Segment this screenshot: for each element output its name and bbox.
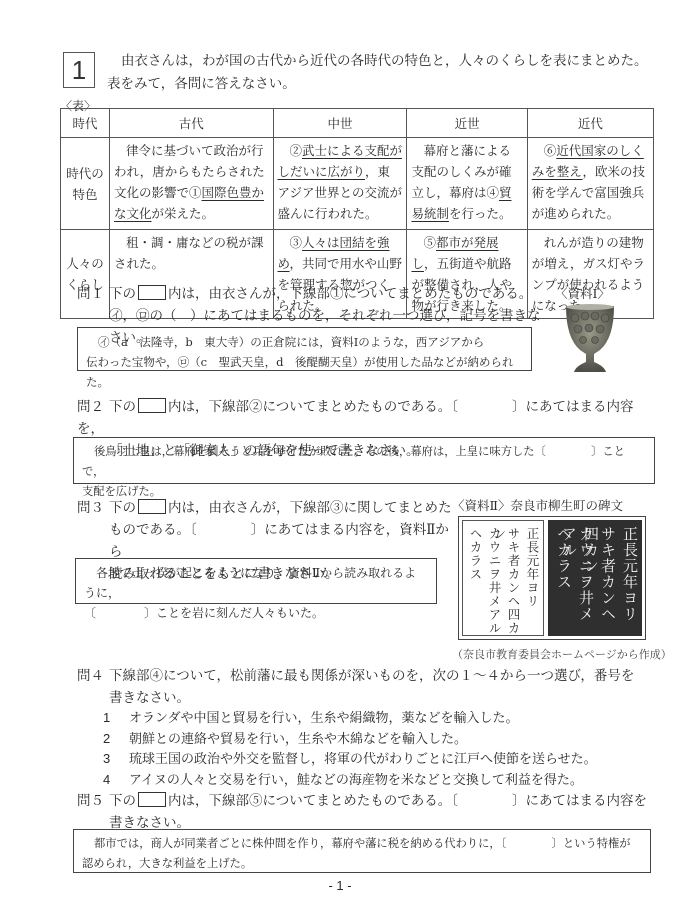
header-ancient: 古代: [110, 109, 274, 138]
intro-line-1: 由衣さんは，わが国の古代から近代の各時代の特色と，人々のくらしを表にまとめた。: [107, 50, 667, 73]
q5-summary-box: 都市では，商人が同業者ごとに株仲間を作り，幕府や藩に税を納める代わりに，〔 〕と…: [73, 829, 651, 873]
cell-medieval-characteristics: ②武士による支配がしだいに広がり，東アジア世界との交流が盛んに行われた。: [273, 138, 407, 230]
inscription-figure: 正長元年ヨリ サキ者カンヘ四カン カウニヲ井メアル ヘカラス 正長元年ヨリ サキ…: [458, 516, 646, 640]
row-header-characteristics: 時代の特色: [61, 138, 110, 230]
header-era: 時代: [61, 109, 110, 138]
box-symbol: [138, 398, 166, 413]
box-symbol: [138, 792, 166, 807]
intro-line-2: 表をみて，各問に答えなさい。: [107, 73, 667, 96]
source-note: （奈良市教育委員会ホームページから作成）: [452, 646, 672, 662]
document-2-label: 〈資料Ⅱ〉奈良市柳生町の碑文: [452, 496, 623, 514]
q1-summary-box: ㋑（a 法隆寺，b 東大寺）の正倉院には，資料Ⅰのような，西アジアから 伝わった…: [77, 327, 532, 371]
box-symbol: [138, 499, 166, 514]
q4-choices: 1オランダや中国と貿易を行い，生糸や絹織物，薬などを輸入した。 2朝鮮との連絡や…: [103, 708, 597, 790]
question-5: 問５下の内は，下線部⑤についてまとめたものである。〔 〕にあてはまる内容を 書き…: [77, 790, 657, 834]
header-medieval: 中世: [273, 109, 407, 138]
table-header-row: 時代 古代 中世 近世 近代: [61, 109, 654, 138]
choice-4: 4アイヌの人々と交易を行い，鮭などの海産物を米などと交換して利益を得た。: [103, 770, 597, 791]
q2-label: 問２: [77, 396, 109, 418]
table-row-characteristics: 時代の特色 律令に基づいて政治が行われ，唐からもたらされた文化の影響で①国際色豊…: [61, 138, 654, 230]
choice-3: 3琉球王国の政治や外交を監督し，将軍の代がわりごとに江戸へ使節を送らせた。: [103, 749, 597, 770]
question-4: 問４下線部④について，松前藩に最も関係が深いものを，次の１～４から一つ選び，番号…: [77, 665, 657, 709]
glass-cup-image: [560, 300, 620, 378]
q2-summary-box: 後鳥羽上皇は，幕府を倒そうと兵を挙げたが敗れた。その後，幕府は，上皇に味方した〔…: [73, 437, 655, 484]
cell-ancient-characteristics: 律令に基づいて政治が行われ，唐からもたらされた文化の影響で①国際色豊かな文化が栄…: [110, 138, 274, 230]
choice-1: 1オランダや中国と貿易を行い，生糸や絹織物，薬などを輸入した。: [103, 708, 597, 729]
cell-modern-characteristics: ⑥近代国家のしくみを整え，欧米の技術を学んで富国強兵が進められた。: [527, 138, 653, 230]
q3-summary-box: 各地で土一揆が起こるようになり，資料Ⅱから読み取れるように， 〔 〕ことを岩に刻…: [75, 558, 437, 604]
q4-line-2: 書きなさい。: [77, 687, 657, 709]
q3-label: 問３: [77, 497, 109, 519]
inscription-transcription: 正長元年ヨリ サキ者カンヘ四カン カウニヲ井メアル ヘカラス: [462, 520, 544, 636]
q5-label: 問５: [77, 790, 109, 812]
header-early-modern: 近世: [407, 109, 527, 138]
choice-2: 2朝鮮との連絡や貿易を行い，生糸や木綿などを輸入した。: [103, 729, 597, 750]
q1-label: 問１: [77, 283, 109, 305]
cell-early-modern-characteristics: 幕府と藩による支配のしくみが確立し，幕府は④貿易統制を行った。: [407, 138, 527, 230]
q4-label: 問４: [77, 665, 109, 687]
intro-text: 由衣さんは，わが国の古代から近代の各時代の特色と，人々のくらしを表にまとめた。 …: [107, 50, 667, 96]
q3-line-2: ものである。〔 〕にあてはまる内容を，資料Ⅱから: [77, 519, 457, 563]
box-symbol: [138, 285, 166, 300]
question-number-box: 1: [63, 52, 95, 88]
inscription-rubbing-image: 正長元年ヨリ サキ者カンヘ四カン カウニヲ井メアル ヘカラス: [548, 520, 642, 636]
page-number: - 1 -: [0, 878, 680, 893]
header-modern: 近代: [527, 109, 653, 138]
